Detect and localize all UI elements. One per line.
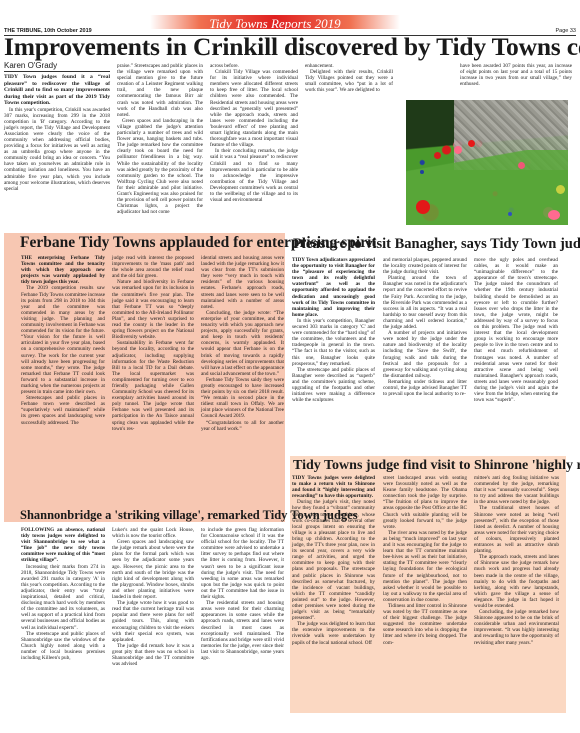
banagher-headline: Pleasure to visit Banagher, says Tidy To…	[293, 237, 580, 252]
flower	[454, 146, 462, 154]
paragraph: Delighted with their results, Crinkill T…	[305, 69, 393, 93]
shannonbridge-col-3: to include the green flag information fo…	[201, 527, 284, 661]
shinrone-headline: Tidy Towns judge find visit to Shinrone …	[293, 459, 580, 473]
shannonbridge-lead: FOLLOWING an absence, national tidy town…	[21, 527, 105, 564]
paragraph: Green spaces and landscaping in the vill…	[117, 118, 203, 216]
main-lead: TIDY Town judges found it a “real pleasu…	[4, 74, 110, 107]
paragraph: praise.” Streetscapes and public places …	[117, 63, 203, 118]
paragraph: The residential streets and housing area…	[201, 600, 284, 661]
paragraph: The judge was delighted to learn that th…	[292, 621, 375, 645]
flower	[416, 200, 430, 214]
paragraph: Sustainability in Ferbane went far beyon…	[112, 340, 194, 431]
paragraph: mittee's anti dog fouling initiative was…	[474, 475, 559, 505]
paragraph: Planting around the town of Banagher was…	[383, 275, 467, 330]
paragraph: In this year's competition, Crinkill was…	[4, 107, 110, 192]
shannonbridge-col-1: FOLLOWING an absence, national tidy town…	[21, 527, 105, 661]
banagher-col-3: move the ugly poles and overhead cables,…	[474, 257, 558, 403]
paragraph: Concluding, the judge wrote: “The enterp…	[201, 310, 284, 377]
paragraph: The river area was noted by the judge as…	[383, 530, 467, 603]
paragraph: Nature and biodiversity in Ferbane was r…	[112, 279, 194, 340]
paragraph: Remarking under tidiness and litter cont…	[383, 379, 467, 397]
shinrone-col-1: TIDY Towns judges were delighted to make…	[292, 475, 375, 646]
paragraph: move the ugly poles and overhead cables,…	[474, 257, 558, 403]
paragraph: Green spaces and landscaping saw the jud…	[112, 539, 194, 600]
main-col-2: praise.” Streetscapes and public places …	[117, 63, 203, 215]
paragraph: have been awarded 307 points this year, …	[460, 63, 572, 87]
wildflowers-photo	[406, 100, 568, 225]
paragraph: The 2019 competition results saw Ferbane…	[21, 285, 105, 395]
byline: Karen O'Grady	[4, 61, 110, 72]
paragraph: Luker's and the quaint Lock House, which…	[112, 527, 194, 539]
paragraph: In this year's competition, Banagher sec…	[292, 318, 375, 367]
paragraph: “Congratulations to all for another year…	[201, 420, 284, 432]
shinrone-col-2: street landscaped areas with seating wer…	[383, 475, 467, 646]
ferbane-col-1: THE enterprising Ferbane Tidy Towns comm…	[21, 255, 105, 426]
paragraph: idential streets and housing areas were …	[201, 255, 284, 310]
main-col-3: across before. Crinkill Tidy Village was…	[210, 63, 298, 203]
banagher-col-2: and memorial plaques, peppered around th…	[383, 257, 467, 397]
shinrone-lead: TIDY Towns judges were delighted to make…	[292, 475, 375, 499]
paragraph: Tidiness and litter control in Shinrone …	[383, 603, 467, 646]
paragraph: judge read with interest the proposed im…	[112, 255, 194, 279]
ferbane-col-3: idential streets and housing areas were …	[201, 255, 284, 432]
flower	[468, 140, 475, 147]
shannonbridge-headline: Shannonbridge a 'striking village', rema…	[20, 509, 358, 522]
flower	[548, 210, 560, 220]
shannonbridge-col-2: Luker's and the quaint Lock House, which…	[112, 527, 194, 667]
paragraph: A number of projects and initiatives wer…	[383, 330, 467, 379]
main-col-4: enhancement. Delighted with their result…	[305, 63, 393, 93]
main-col-1: TIDY Town judges found it a “real pleasu…	[4, 74, 110, 192]
shinrone-col-3: mittee's anti dog fouling initiative was…	[474, 475, 559, 646]
banagher-lead: TIDY Town adjudicators appreciated the o…	[292, 257, 375, 318]
ferbane-col-2: judge read with interest the proposed im…	[112, 255, 194, 432]
paragraph: The streetscape and public places of Ban…	[292, 367, 375, 404]
paragraph: street landscaped areas with seating wer…	[383, 475, 467, 530]
paragraph: In their concluding remarks, the judge s…	[210, 148, 298, 203]
paragraph: Crinkill Tidy Village was commended for …	[210, 69, 298, 148]
ferbane-lead: THE enterprising Ferbane Tidy Towns comm…	[21, 255, 105, 285]
main-headline: Improvements in Crinkill discovered by T…	[4, 34, 576, 60]
section-banner: Tidy Towns Reports 2019	[150, 15, 400, 29]
banagher-col-1: TIDY Town adjudicators appreciated the o…	[292, 257, 375, 403]
grass	[406, 150, 568, 225]
paragraph: The traditional street houses of Shinron…	[474, 505, 559, 554]
paragraph: Ferbane Tidy Towns saidy they were great…	[201, 377, 284, 420]
paragraph: The judge did remark how it was a great …	[112, 643, 194, 667]
flower	[434, 152, 441, 159]
paragraph: and memorial plaques, peppered around th…	[383, 257, 467, 275]
main-col-5: have been awarded 307 points this year, …	[460, 63, 572, 87]
flower	[556, 185, 565, 194]
paragraph: to include the green flag information fo…	[201, 527, 284, 600]
paragraph: Concluding, the judge remarked how Shinr…	[474, 609, 559, 646]
paragraph: The judge wrote how it was good to read …	[112, 600, 194, 643]
paragraph: The streetscape and public places of Sha…	[21, 631, 105, 661]
paragraph: The approach roads, streets and lanes of…	[474, 554, 559, 609]
paragraph: Streetscapes and public places in Ferban…	[21, 395, 105, 425]
flower	[508, 212, 512, 216]
flower	[518, 162, 525, 169]
paragraph: Increasing their marks from 274 in 2018,…	[21, 564, 105, 631]
flower	[420, 170, 424, 174]
